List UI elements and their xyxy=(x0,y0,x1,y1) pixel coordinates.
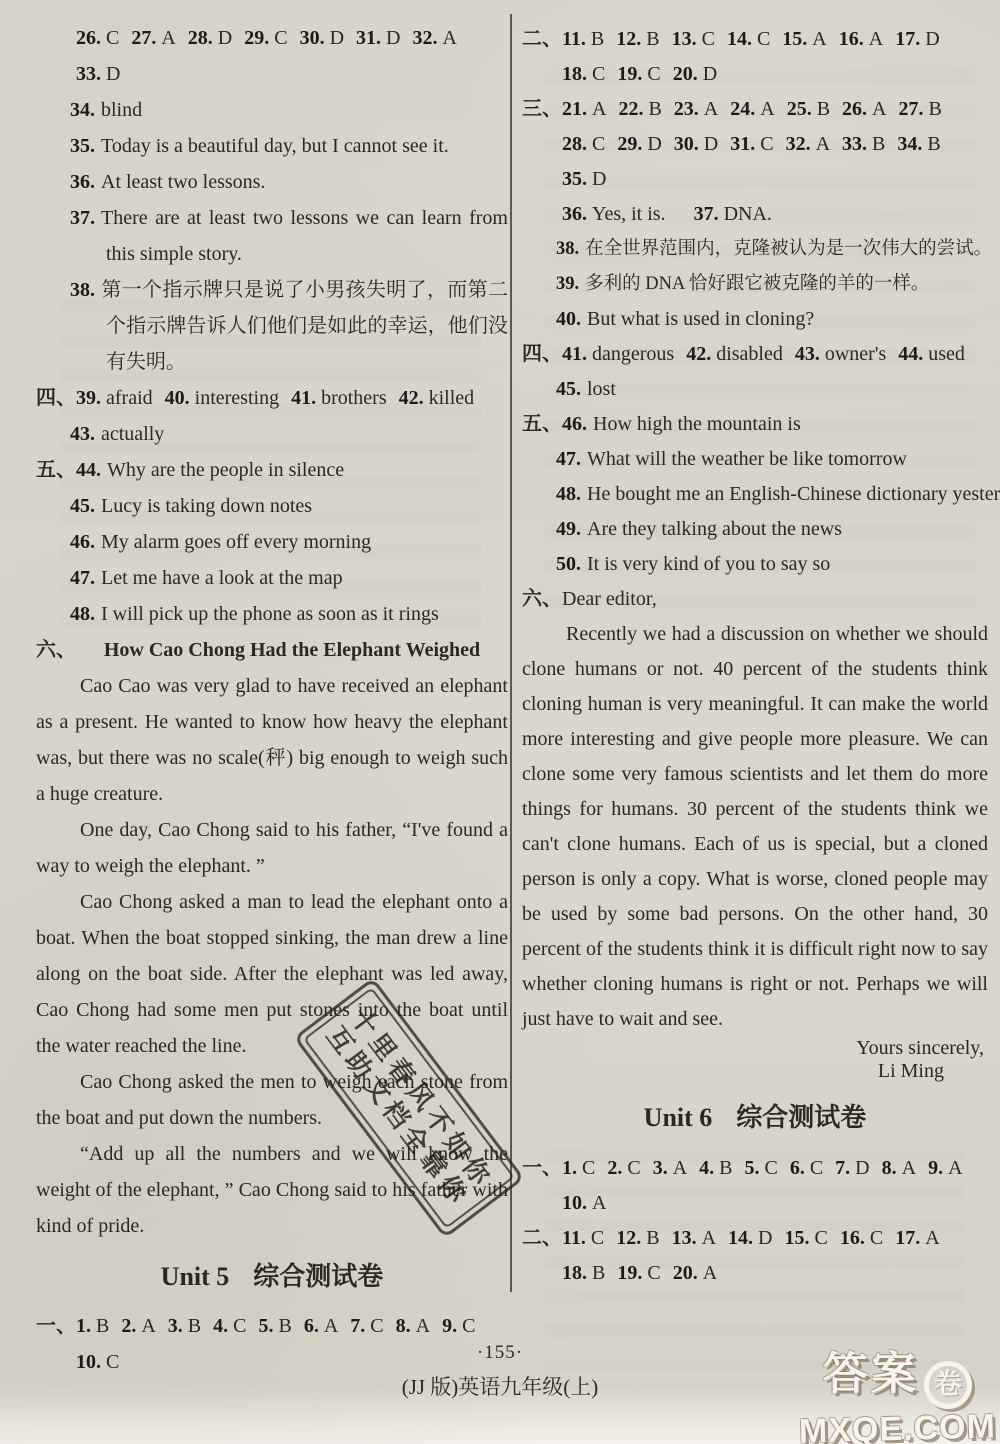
q-num: 16. xyxy=(839,28,864,50)
q-ans: C xyxy=(274,27,287,49)
answer-sentence-section-5: 五、46.How high the mountain is xyxy=(522,407,988,442)
left-column: 26.C27.A28.D29.C30.D31.D32.A 33.D 34.bli… xyxy=(36,20,508,1380)
answer-item: 13.A xyxy=(672,1221,716,1256)
right-column: 二、11.B12.B13.C14.C15.A16.A17.D 18.C19.C2… xyxy=(522,22,988,1291)
answer-item: 36.Yes, it is. xyxy=(562,197,666,232)
unit-6-header: Unit 6综合测试卷 xyxy=(522,1101,988,1135)
q-num: 43. xyxy=(795,343,820,365)
q-num: 11. xyxy=(562,1227,586,1249)
answer-sentence: 49.Are they talking about the news xyxy=(522,512,988,547)
answer-row-section-3: 三、21.A22.B23.A24.A25.B26.A27.B xyxy=(522,92,988,127)
q-num: 1. xyxy=(76,1315,91,1337)
answer-sentence: 47.What will the weather be like tomorro… xyxy=(522,442,988,477)
q-num: 10. xyxy=(562,1192,587,1214)
q-num: 5. xyxy=(258,1315,273,1337)
q-ans: C xyxy=(764,1157,777,1179)
q-ans: D xyxy=(218,27,232,49)
q-ans: B xyxy=(719,1157,732,1179)
answer-item: 12.B xyxy=(616,22,659,57)
q-num: 42. xyxy=(686,343,711,365)
q-num: 13. xyxy=(672,28,697,50)
q-ans: A xyxy=(416,1315,430,1337)
q-text: Lucy is taking down notes xyxy=(101,495,312,517)
q-num: 34. xyxy=(70,99,95,121)
q-ans: D xyxy=(925,28,939,50)
q-num: 37. xyxy=(694,203,719,225)
q-text: But what is used in cloning? xyxy=(587,308,814,330)
q-num: 33. xyxy=(842,133,867,155)
q-num: 14. xyxy=(728,1227,753,1249)
essay-paragraph: Cao Chong asked a man to lead the elepha… xyxy=(36,884,508,1064)
essay-paragraph: One day, Cao Chong said to his father, “… xyxy=(36,812,508,884)
q-num: 15. xyxy=(785,1227,810,1249)
q-num: 12. xyxy=(616,28,641,50)
q-num: 29. xyxy=(617,133,642,155)
q-text: DNA. xyxy=(724,203,772,225)
q-num: 5. xyxy=(744,1157,759,1179)
q-word: interesting xyxy=(195,387,279,409)
q-text: 多利的 DNA 恰好跟它被克隆的羊的一样。 xyxy=(585,274,929,294)
answer-item: 42.killed xyxy=(399,380,475,416)
answer-item: 27.A xyxy=(131,20,175,56)
q-num: 4. xyxy=(213,1315,228,1337)
q-ans: A xyxy=(702,1227,716,1249)
answer-item: 10.A xyxy=(562,1186,606,1221)
q-ans: C xyxy=(462,1315,475,1337)
q-num: 23. xyxy=(674,98,699,120)
answer-item: 30.D xyxy=(674,127,718,162)
q-num: 11. xyxy=(562,28,586,50)
q-num: 48. xyxy=(556,483,581,505)
answer-row-section-4: 四、39.afraid40.interesting41.brothers42.k… xyxy=(36,380,508,416)
q-num: 12. xyxy=(616,1227,641,1249)
section-label: 一、 xyxy=(36,1315,76,1337)
q-ans: D xyxy=(330,27,344,49)
q-ans: A xyxy=(592,98,606,120)
q-ans: C xyxy=(702,28,715,50)
q-ans: A xyxy=(925,1227,939,1249)
answer-item: 23.A xyxy=(674,92,718,127)
q-ans: B xyxy=(872,133,885,155)
answer-item: 32.A xyxy=(786,127,830,162)
q-word: dangerous xyxy=(592,343,674,365)
q-text: My alarm goes off every morning xyxy=(101,531,371,553)
answer-row: 28.C29.D30.D31.C32.A33.B34.B xyxy=(522,127,988,162)
q-text: What will the weather be like tomorrow xyxy=(587,448,907,470)
q-ans: B xyxy=(96,1315,109,1337)
answer-item: 27.B xyxy=(899,92,942,127)
q-num: 42. xyxy=(399,387,424,409)
answer-item: 41.dangerous xyxy=(562,337,674,372)
q-ans: C xyxy=(592,133,605,155)
answer-sentence: 39.多利的 DNA 恰好跟它被克隆的羊的一样。 xyxy=(522,267,988,302)
q-num: 45. xyxy=(556,378,581,400)
answer-row: 18.C19.C20.D xyxy=(522,57,988,92)
q-num: 40. xyxy=(556,308,581,330)
answer-sentence: 45.Lucy is taking down notes xyxy=(36,488,508,524)
answer-sentence: 38.在全世界范围内，克隆被认为是一次伟大的尝试。 xyxy=(522,232,988,267)
answer-item: 40.interesting xyxy=(165,380,279,416)
answer-item: 21.A xyxy=(562,92,606,127)
answer-item: 44.used xyxy=(898,337,965,372)
answer-item: 16.A xyxy=(839,22,883,57)
answer-item: 24.A xyxy=(730,92,774,127)
q-text: 第一个指示牌只是说了小男孩失明了，而第二个指示牌告诉人们他们是如此的幸运，他们没… xyxy=(101,279,508,373)
q-num: 35. xyxy=(70,135,95,157)
q-text: How high the mountain is xyxy=(593,413,801,435)
unit-title-cn: 综合测试卷 xyxy=(736,1103,866,1132)
answer-item: 19.C xyxy=(617,1256,660,1291)
answer-sentence: 48.He bought me an English-Chinese dicti… xyxy=(522,477,988,512)
q-ans: C xyxy=(757,28,770,50)
answer-item: 8.A xyxy=(396,1308,430,1344)
q-text: I will pick up the phone as soon as it r… xyxy=(101,603,439,625)
q-ans: B xyxy=(592,1262,605,1284)
page-footer: ·155· (JJ 版)英语九年级(上) xyxy=(385,1342,615,1401)
q-ans: B xyxy=(817,98,830,120)
answer-item: 25.B xyxy=(787,92,830,127)
q-num: 24. xyxy=(730,98,755,120)
q-num: 40. xyxy=(165,387,190,409)
q-num: 31. xyxy=(730,133,755,155)
q-num: 30. xyxy=(300,27,325,49)
q-ans: C xyxy=(627,1157,640,1179)
answer-item: 29.C xyxy=(244,20,287,56)
answer-sentence: 38.第一个指示牌只是说了小男孩失明了，而第二个指示牌告诉人们他们是如此的幸运，… xyxy=(36,272,508,380)
q-ans: D xyxy=(386,27,400,49)
q-num: 20. xyxy=(673,63,698,85)
q-num: 39. xyxy=(556,274,579,294)
section-label: 四、 xyxy=(36,387,76,409)
q-ans: D xyxy=(106,63,120,85)
answer-item: 6.C xyxy=(790,1151,823,1186)
q-ans: A xyxy=(902,1157,916,1179)
q-num: 7. xyxy=(350,1315,365,1337)
answer-item: 5.B xyxy=(258,1308,291,1344)
q-ans: B xyxy=(927,133,940,155)
q-num: 4. xyxy=(699,1157,714,1179)
q-ans: A xyxy=(760,98,774,120)
q-num: 27. xyxy=(899,98,924,120)
q-num: 8. xyxy=(882,1157,897,1179)
answer-item: 17.D xyxy=(895,22,939,57)
q-num: 16. xyxy=(840,1227,865,1249)
q-text: Why are the people in silence xyxy=(107,459,344,481)
answer-row: 18.B19.C20.A xyxy=(522,1256,988,1291)
letter-signature: Li Ming xyxy=(522,1060,988,1083)
q-ans: A xyxy=(703,1262,717,1284)
answer-item: 42.disabled xyxy=(686,337,783,372)
q-text: It is very kind of you to say so xyxy=(587,553,830,575)
answer-item: 11.C xyxy=(562,1221,604,1256)
answer-item: 32.A xyxy=(413,20,457,56)
q-num: 31. xyxy=(356,27,381,49)
essay-paragraph: Cao Cao was very glad to have received a… xyxy=(36,668,508,812)
q-num: 48. xyxy=(70,603,95,625)
q-num: 6. xyxy=(790,1157,805,1179)
section-label: 二、 xyxy=(522,28,562,50)
q-word: owner's xyxy=(825,343,886,365)
q-text: Let me have a look at the map xyxy=(101,567,343,589)
q-num: 45. xyxy=(70,495,95,517)
q-ans: C xyxy=(870,1227,883,1249)
answer-item: 39.afraid xyxy=(76,380,153,416)
q-text: 在全世界范围内，克隆被认为是一次伟大的尝试。 xyxy=(585,239,992,259)
section-label: 一、 xyxy=(522,1157,562,1179)
letter-body: Recently we had a discussion on whether … xyxy=(522,617,988,1037)
answer-item: 3.B xyxy=(168,1308,201,1344)
q-num: 1. xyxy=(562,1157,577,1179)
q-num: 35. xyxy=(562,168,587,190)
q-num: 18. xyxy=(562,1262,587,1284)
letter-salutation: Dear editor, xyxy=(562,582,657,617)
answer-item: 15.A xyxy=(782,22,826,57)
page-number: ·155· xyxy=(385,1342,615,1364)
q-ans: C xyxy=(647,1262,660,1284)
answer-sentence: 45.lost xyxy=(522,372,988,407)
q-word: killed xyxy=(429,387,475,409)
q-num: 3. xyxy=(653,1157,668,1179)
answer-sentence: 48.I will pick up the phone as soon as i… xyxy=(36,596,508,632)
unit-number: Unit 5 xyxy=(161,1262,230,1291)
essay-paragraph: “Add up all the numbers and we will know… xyxy=(36,1136,508,1244)
q-ans: C xyxy=(582,1157,595,1179)
answer-sentence: 34.blind xyxy=(36,92,508,128)
q-num: 38. xyxy=(70,279,95,301)
answer-item: 35.D xyxy=(562,162,606,197)
q-ans: C xyxy=(591,1227,604,1249)
answer-item: 18.B xyxy=(562,1256,605,1291)
logo-circle-glyph: 卷 xyxy=(934,1359,962,1411)
answer-item: 33.B xyxy=(842,127,885,162)
q-num: 9. xyxy=(928,1157,943,1179)
section-label: 六、 xyxy=(522,582,562,617)
q-ans: B xyxy=(646,1227,659,1249)
answer-item: 7.C xyxy=(350,1308,383,1344)
answer-item: 1.C xyxy=(562,1151,595,1186)
q-num: 28. xyxy=(562,133,587,155)
essay-paragraph: Cao Chong asked the men to weigh each st… xyxy=(36,1064,508,1136)
answer-item: 2.A xyxy=(121,1308,155,1344)
q-num: 46. xyxy=(562,413,587,435)
q-num: 33. xyxy=(76,63,101,85)
q-num: 20. xyxy=(673,1262,698,1284)
logo-wordmark: 答案卷 xyxy=(799,1348,996,1409)
q-num: 44. xyxy=(76,459,101,481)
q-ans: A xyxy=(141,1315,155,1337)
answer-row-section-2: 二、11.B12.B13.C14.C15.A16.A17.D xyxy=(522,22,988,57)
answer-item: 31.D xyxy=(356,20,400,56)
q-num: 50. xyxy=(556,553,581,575)
answer-item: 5.C xyxy=(744,1151,777,1186)
q-ans: D xyxy=(704,133,718,155)
section-label: 六、 xyxy=(36,632,76,668)
answer-item: 17.A xyxy=(895,1221,939,1256)
q-ans: B xyxy=(591,28,604,50)
q-num: 14. xyxy=(727,28,752,50)
answer-item: 31.C xyxy=(730,127,773,162)
answer-item: 14.C xyxy=(727,22,770,57)
q-ans: D xyxy=(647,133,661,155)
q-num: 2. xyxy=(121,1315,136,1337)
column-divider-rule xyxy=(510,14,512,1292)
q-ans: C xyxy=(233,1315,246,1337)
answer-item: 9.A xyxy=(928,1151,962,1186)
answer-item: 6.A xyxy=(304,1308,338,1344)
q-num: 3. xyxy=(168,1315,183,1337)
answer-row: 35.D xyxy=(522,162,988,197)
q-word: used xyxy=(928,343,965,365)
essay-title: How Cao Chong Had the Elephant Weighed xyxy=(76,632,508,668)
answer-item: 4.B xyxy=(699,1151,732,1186)
q-num: 49. xyxy=(556,518,581,540)
answer-item: 18.C xyxy=(562,57,605,92)
answer-sentence: 43.actually xyxy=(36,416,508,452)
q-num: 18. xyxy=(562,63,587,85)
letter-closing: Yours sincerely, xyxy=(522,1037,988,1060)
section-label: 四、 xyxy=(522,343,562,365)
q-text: At least two lessons. xyxy=(101,171,265,193)
q-ans: C xyxy=(815,1227,828,1249)
answer-item: 37.DNA. xyxy=(678,197,772,232)
q-num: 37. xyxy=(70,207,95,229)
unit-5-header: Unit 5综合测试卷 xyxy=(36,1260,508,1294)
q-ans: B xyxy=(646,28,659,50)
section-label: 五、 xyxy=(36,459,76,481)
q-num: 26. xyxy=(76,27,101,49)
q-ans: D xyxy=(855,1157,869,1179)
letter-salutation-row: 六、Dear editor, xyxy=(522,582,988,617)
unit-title-cn: 综合测试卷 xyxy=(253,1262,383,1291)
q-num: 17. xyxy=(895,1227,920,1249)
answer-item: 3.A xyxy=(653,1151,687,1186)
scanned-answer-page: 26.C27.A28.D29.C30.D31.D32.A 33.D 34.bli… xyxy=(0,0,1000,1444)
q-ans: A xyxy=(869,28,883,50)
answer-item: 14.D xyxy=(728,1221,772,1256)
logo-site-url: MXQE.COM xyxy=(799,1407,997,1444)
answer-item: 30.D xyxy=(300,20,344,56)
q-num: 17. xyxy=(895,28,920,50)
q-num: 28. xyxy=(188,27,213,49)
answer-item: 28.D xyxy=(188,20,232,56)
q-ans: B xyxy=(278,1315,291,1337)
q-ans: A xyxy=(161,27,175,49)
q-num: 29. xyxy=(244,27,269,49)
q-ans: C xyxy=(370,1315,383,1337)
answer-sentence: 37.There are at least two lessons we can… xyxy=(36,200,508,272)
book-edition-label: (JJ 版)英语九年级(上) xyxy=(385,1371,615,1401)
q-num: 21. xyxy=(562,98,587,120)
answer-row: 33.D xyxy=(36,56,508,92)
answer-row-section-1: 一、1.C2.C3.A4.B5.C6.C7.D8.A9.A xyxy=(522,1151,988,1186)
q-num: 22. xyxy=(618,98,643,120)
answer-sentence: 50.It is very kind of you to say so xyxy=(522,547,988,582)
answer-item: 11.B xyxy=(562,22,604,57)
q-num: 19. xyxy=(617,1262,642,1284)
answer-row-section-2: 二、11.C12.B13.A14.D15.C16.C17.A xyxy=(522,1221,988,1256)
q-ans: B xyxy=(648,98,661,120)
answer-item: 15.C xyxy=(785,1221,828,1256)
q-num: 19. xyxy=(617,63,642,85)
answer-item: 26.C xyxy=(76,20,119,56)
q-text: actually xyxy=(101,423,164,445)
answer-site-logo: 答案卷 MXQE.COM xyxy=(799,1348,996,1444)
answer-item: 9.C xyxy=(442,1308,475,1344)
answer-item: 7.D xyxy=(835,1151,869,1186)
q-ans: A xyxy=(324,1315,338,1337)
q-num: 8. xyxy=(396,1315,411,1337)
answer-item: 10.C xyxy=(76,1344,119,1380)
q-word: disabled xyxy=(716,343,783,365)
answer-sentence-section-5: 五、44.Why are the people in silence xyxy=(36,452,508,488)
q-num: 47. xyxy=(556,448,581,470)
q-num: 6. xyxy=(304,1315,319,1337)
answer-sentence: 35.Today is a beautiful day, but I canno… xyxy=(36,128,508,164)
q-num: 10. xyxy=(76,1351,101,1373)
answer-item: 22.B xyxy=(618,92,661,127)
answer-item: 16.C xyxy=(840,1221,883,1256)
essay-title-row: 六、How Cao Chong Had the Elephant Weighed xyxy=(36,632,508,668)
answer-row-section-4: 四、41.dangerous42.disabled43.owner's44.us… xyxy=(522,337,988,372)
answer-item: 26.A xyxy=(842,92,886,127)
answer-row-section-1: 一、1.B2.A3.B4.C5.B6.A7.C8.A9.C xyxy=(36,1308,508,1344)
q-text: Yes, it is. xyxy=(592,203,666,225)
answer-sentence: 40.But what is used in cloning? xyxy=(522,302,988,337)
answer-item: 41.brothers xyxy=(291,380,387,416)
q-num: 25. xyxy=(787,98,812,120)
answer-item: 4.C xyxy=(213,1308,246,1344)
q-ans: A xyxy=(872,98,886,120)
q-num: 32. xyxy=(413,27,438,49)
logo-text: 答案 xyxy=(823,1349,919,1399)
q-text: Today is a beautiful day, but I cannot s… xyxy=(101,135,449,157)
q-num: 13. xyxy=(672,1227,697,1249)
answer-sentence: 46.My alarm goes off every morning xyxy=(36,524,508,560)
q-ans: C xyxy=(810,1157,823,1179)
q-word: afraid xyxy=(106,387,153,409)
answer-item: 2.C xyxy=(607,1151,640,1186)
q-ans: C xyxy=(106,27,119,49)
answer-sentence: 47.Let me have a look at the map xyxy=(36,560,508,596)
q-num: 2. xyxy=(607,1157,622,1179)
answer-sentence: 36.At least two lessons. xyxy=(36,164,508,200)
q-ans: B xyxy=(929,98,942,120)
q-ans: C xyxy=(106,1351,119,1373)
q-num: 15. xyxy=(782,28,807,50)
q-text: He bought me an English-Chinese dictiona… xyxy=(587,483,1000,505)
answer-item: 20.A xyxy=(673,1256,717,1291)
section-label: 五、 xyxy=(522,413,562,435)
q-ans: C xyxy=(592,63,605,85)
q-num: 7. xyxy=(835,1157,850,1179)
q-ans: A xyxy=(816,133,830,155)
answer-item: 33.D xyxy=(76,56,120,92)
answer-item: 29.D xyxy=(617,127,661,162)
answer-row: 10.A xyxy=(522,1186,988,1221)
q-ans: A xyxy=(704,98,718,120)
q-ans: D xyxy=(758,1227,772,1249)
answer-item: 19.C xyxy=(617,57,660,92)
q-num: 41. xyxy=(291,387,316,409)
q-word: brothers xyxy=(321,387,387,409)
q-num: 46. xyxy=(70,531,95,553)
q-num: 38. xyxy=(556,239,579,259)
section-label: 二、 xyxy=(522,1227,562,1249)
q-ans: D xyxy=(703,63,717,85)
q-ans: D xyxy=(592,168,606,190)
logo-circle-badge: 卷 xyxy=(924,1361,972,1409)
q-ans: C xyxy=(647,63,660,85)
